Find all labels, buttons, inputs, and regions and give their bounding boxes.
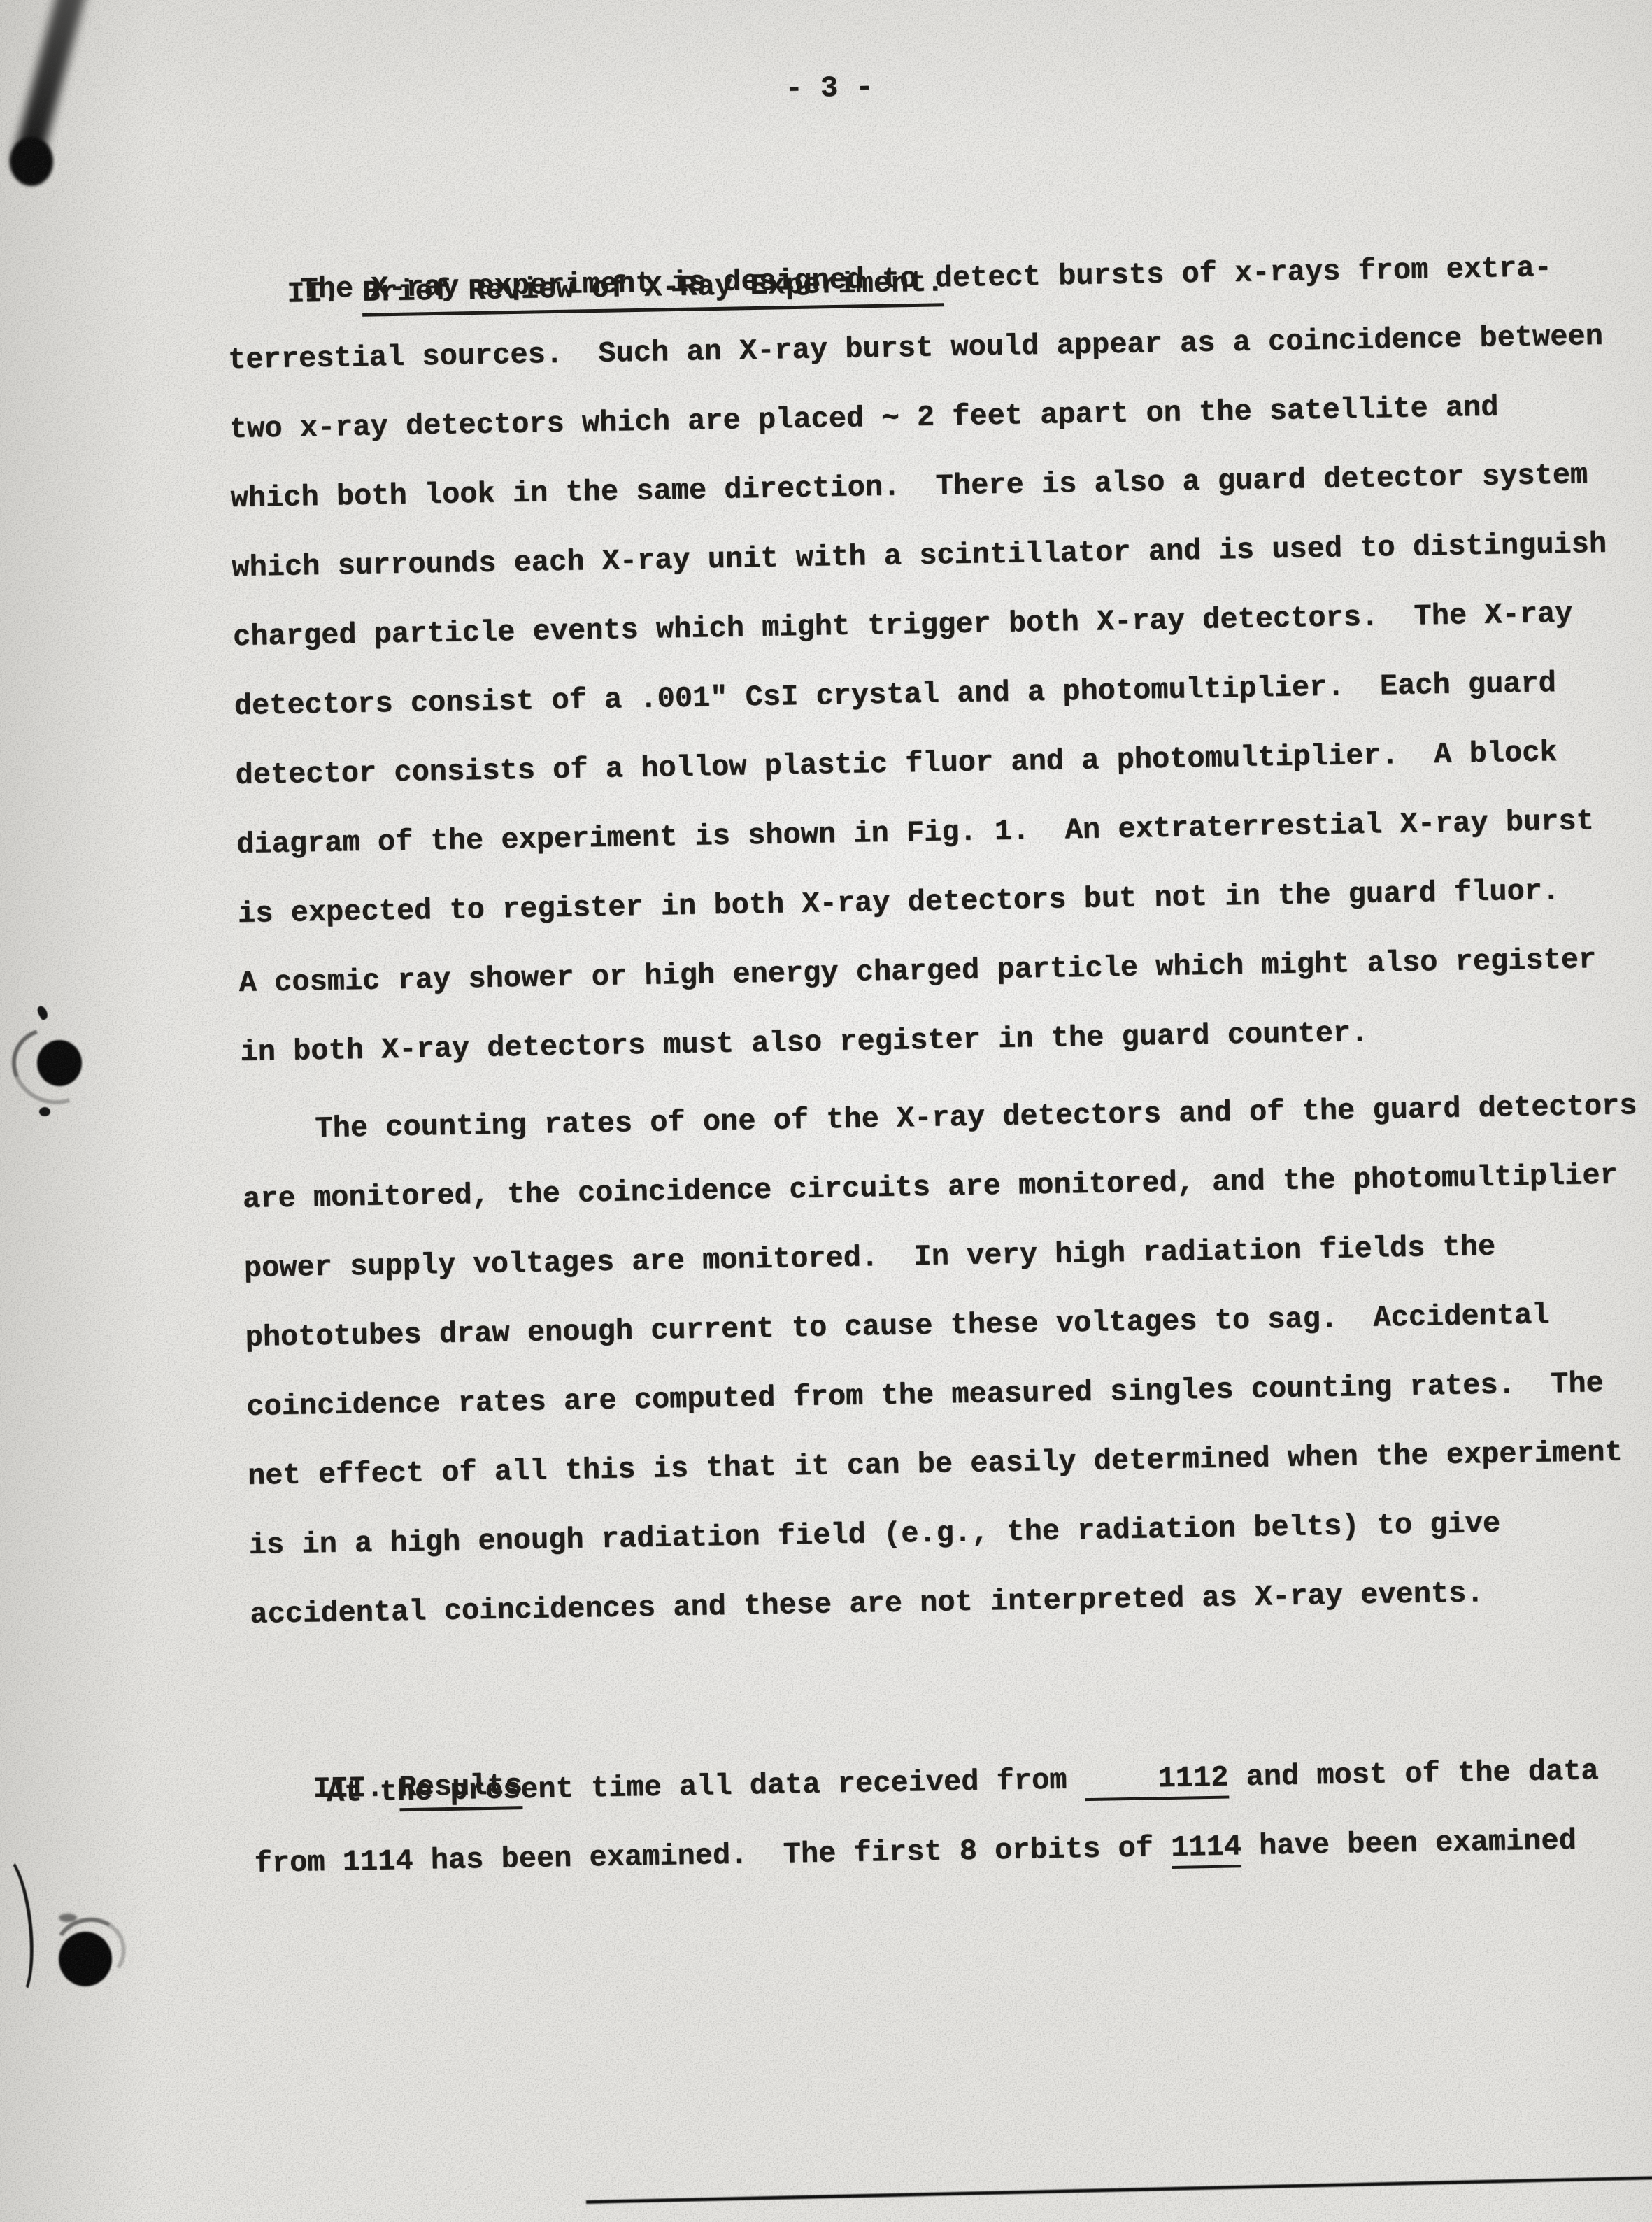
text-segment: charged particle events which might trig…: [233, 597, 1573, 654]
text-segment: have been examined: [1241, 1824, 1577, 1863]
text-segment: detector consists of a hollow plastic fl…: [235, 736, 1558, 792]
page-number: - 3 -: [785, 53, 874, 124]
text-segment: diagram of the experiment is shown in Fi…: [236, 804, 1594, 862]
text-segment: power supply voltages are monitored. In …: [244, 1230, 1496, 1286]
text-segment: At the present time all data received fr…: [327, 1763, 1085, 1810]
text-segment: detectors consist of a .001" CsI crystal…: [234, 667, 1556, 723]
text-segment: The counting rates of one of the X-ray d…: [315, 1089, 1637, 1146]
text-segment: accidental coincidences and these are no…: [250, 1576, 1484, 1632]
underlined-token: 1114: [1171, 1830, 1242, 1869]
text-segment: terrestial sources. Such an X-ray burst …: [228, 320, 1603, 377]
paragraph-3: At the present time all data received fr…: [252, 1737, 1600, 1899]
text-segment: The X-ray experiment is designed to dete…: [300, 251, 1552, 306]
scanned-document-page: { "page": { "number": "- 3 -", "ink_colo…: [0, 0, 1652, 2222]
text-segment: is in a high enough radiation field (e.g…: [248, 1507, 1500, 1562]
text-segment: in both X-ray detectors must also regist…: [240, 1016, 1369, 1069]
text-segment: coincidence rates are computed from the …: [246, 1367, 1604, 1424]
text-segment: from 1114 has been examined. The first 8…: [254, 1831, 1171, 1881]
section-heading-3: III.Results: [241, 1682, 522, 1756]
text-segment: are monitored, the coincidence circuits …: [243, 1159, 1618, 1216]
text-segment: net effect of all this is that it can be…: [248, 1436, 1623, 1493]
text-segment: A cosmic ray shower or high energy charg…: [238, 943, 1596, 1000]
text-segment: phototubes draw enough current to cause …: [245, 1298, 1550, 1355]
text-segment: which surrounds each X-ray unit with a s…: [232, 527, 1607, 585]
text-segment: two x-ray detectors which are placed ∼ 2…: [229, 390, 1499, 446]
paragraph-1: The X-ray experiment is designed to dete…: [227, 233, 1616, 1088]
text-segment: and most of the data: [1228, 1754, 1599, 1794]
typed-text-layer: - 3 - II.Brief Review of X-Ray Experimen…: [0, 0, 1652, 2222]
text-segment: is expected to register in both X-ray de…: [238, 874, 1560, 931]
paragraph-2: The counting rates of one of the X-ray d…: [241, 1071, 1646, 1650]
underlined-token: 1112: [1084, 1761, 1229, 1802]
text-segment: which both look in the same direction. T…: [230, 458, 1588, 515]
